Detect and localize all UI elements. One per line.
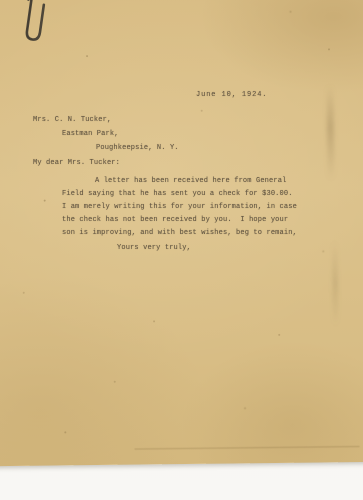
letter-paper [0,0,363,466]
stain-streak-lower [332,240,338,326]
scanned-letter-background: June 10, 1924. Mrs. C. N. Tucker, Eastma… [0,0,363,500]
stain-streak-upper [326,84,334,180]
paper-crease [135,446,360,450]
